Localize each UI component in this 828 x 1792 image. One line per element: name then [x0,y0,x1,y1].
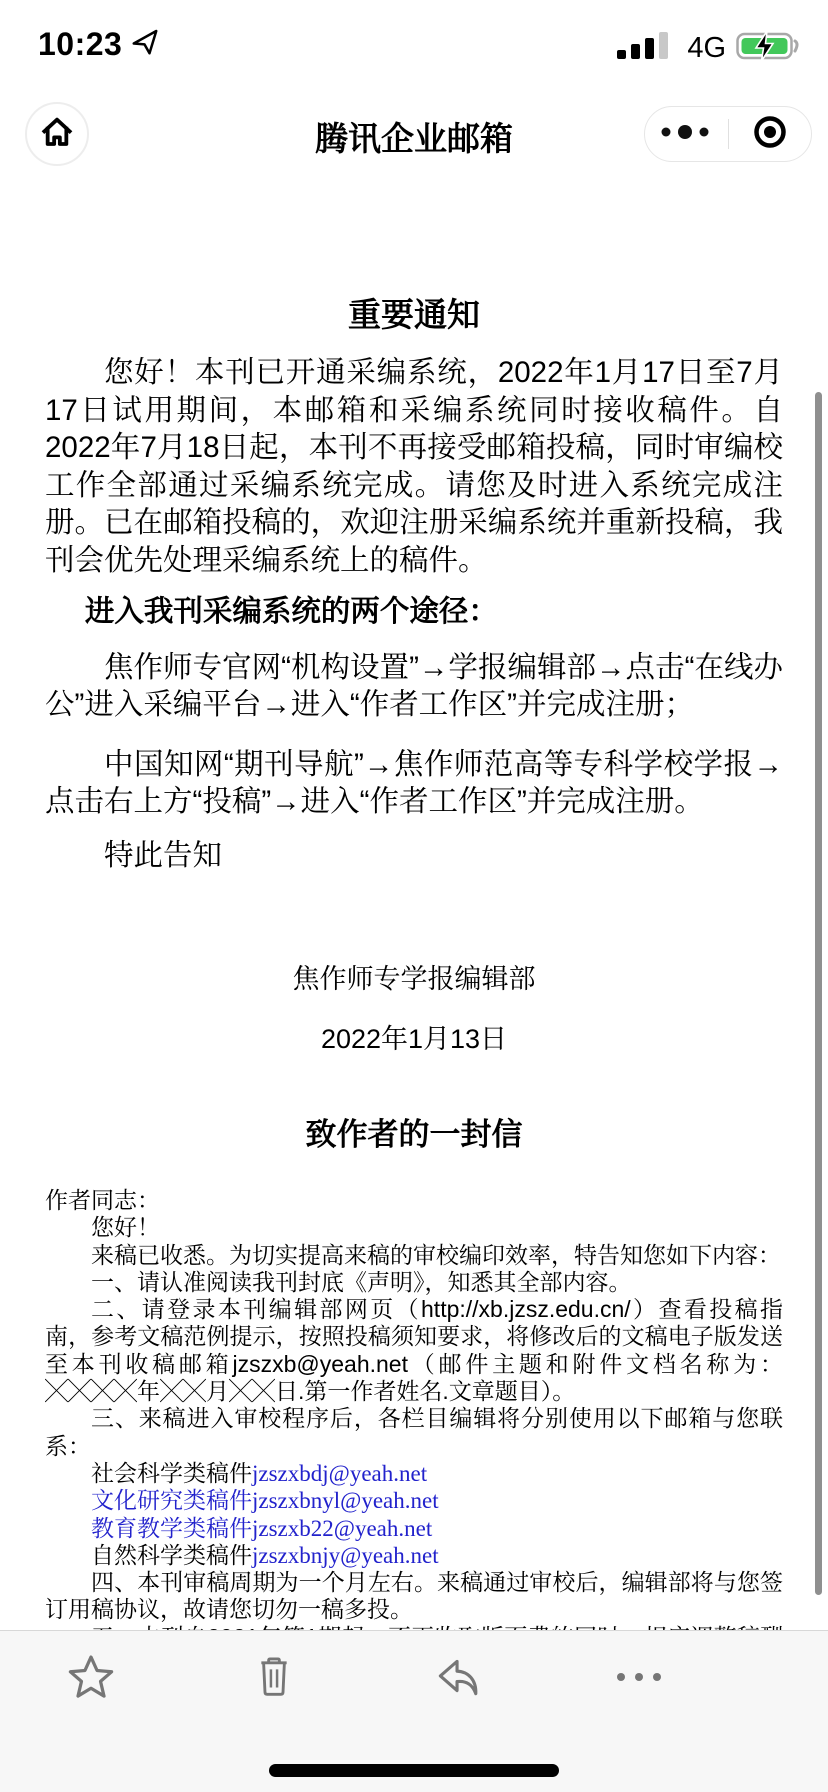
letter-greeting: 您好！ [45,1214,783,1241]
trash-icon [251,1654,297,1705]
mailbox-label: 教育教学类稿件 [91,1515,252,1541]
path-1-paragraph: 焦作师专官网“机构设置”→学报编辑部→点击“在线办公”进入采编平台→进入“作者工… [45,649,783,724]
email-link[interactable]: jzszxbnyl@yeah.net [252,1488,439,1513]
paths-heading: 进入我刊采编系统的两个途径： [45,593,783,631]
target-icon [750,112,790,157]
mailbox-label: 自然科学类稿件 [91,1542,252,1568]
status-bar: 10:23 4G [0,0,828,92]
scrollbar-thumb[interactable] [815,392,822,1595]
mailbox-row-social-science: 社会科学类稿件jzszxbdj@yeah.net [45,1460,783,1487]
email-link[interactable]: jzszxbdj@yeah.net [252,1461,427,1486]
star-button[interactable] [61,1649,121,1709]
mailbox-row-education-teaching: 教育教学类稿件jzszxb22@yeah.net [45,1515,783,1542]
delete-button[interactable] [244,1649,304,1709]
network-type-label: 4G [687,32,726,65]
location-arrow-icon [130,27,160,62]
mailbox-label: 文化研究类稿件 [91,1487,252,1513]
bottom-toolbar [0,1630,828,1792]
signal-bars-icon [615,31,677,66]
email-link[interactable]: jzszxb22@yeah.net [252,1516,432,1541]
notice-date: 2022年1月13日 [45,1022,783,1056]
email-link[interactable]: jzszxbnjy@yeah.net [252,1543,439,1568]
letter-item-2: 二、请登录本刊编辑部网页（http://xb.jzsz.edu.cn/）查看投稿… [45,1296,783,1405]
path-2-paragraph: 中国知网“期刊导航”→焦作师范高等专科学校学报→点击右上方“投稿”→进入“作者工… [45,746,783,821]
letter-salutation: 作者同志： [45,1187,783,1214]
letter-title: 致作者的一封信 [45,1119,783,1151]
notice-closing: 特此告知 [45,837,783,875]
mail-content: 重要通知 您好！本刊已开通采编系统，2022年1月17日至7月17日试用期间，本… [0,180,828,1733]
mailbox-row-natural-science: 自然科学类稿件jzszxbnjy@yeah.net [45,1542,783,1569]
more-dots-icon [613,1670,665,1689]
notice-signature: 焦作师专学报编辑部 [45,962,783,996]
more-button[interactable] [645,107,728,161]
mailbox-row-culture-research: 文化研究类稿件jzszxbnyl@yeah.net [45,1487,783,1514]
letter-intro: 来稿已收悉。为切实提高来稿的审校编印效率，特告知您如下内容： [45,1242,783,1269]
home-indicator[interactable] [269,1764,559,1777]
letter-item-3: 三、来稿进入审校程序后，各栏目编辑将分别使用以下邮箱与您联系： [45,1405,783,1460]
mailbox-label: 社会科学类稿件 [91,1460,252,1486]
notice-intro-paragraph: 您好！本刊已开通采编系统，2022年1月17日至7月17日试用期间，本邮箱和采编… [45,354,783,579]
more-actions-button[interactable] [609,1649,669,1709]
letter-item-1: 一、请认准阅读我刊封底《声明》，知悉其全部内容。 [45,1269,783,1296]
star-icon [65,1651,117,1708]
close-miniprogram-button[interactable] [729,107,812,161]
reply-arrow-icon [431,1652,481,1707]
letter-item-4: 四、本刊审稿周期为一个月左右。来稿通过审校后，编辑部将与您签订用稿协议，故请您切… [45,1569,783,1624]
battery-charging-icon [736,30,802,67]
reply-button[interactable] [426,1649,486,1709]
nav-bar: 腾讯企业邮箱 [0,92,828,180]
notice-title: 重要通知 [45,298,783,331]
miniprogram-capsule [644,106,812,162]
ellipsis-icon [654,122,718,147]
clock: 10:23 [38,26,122,63]
